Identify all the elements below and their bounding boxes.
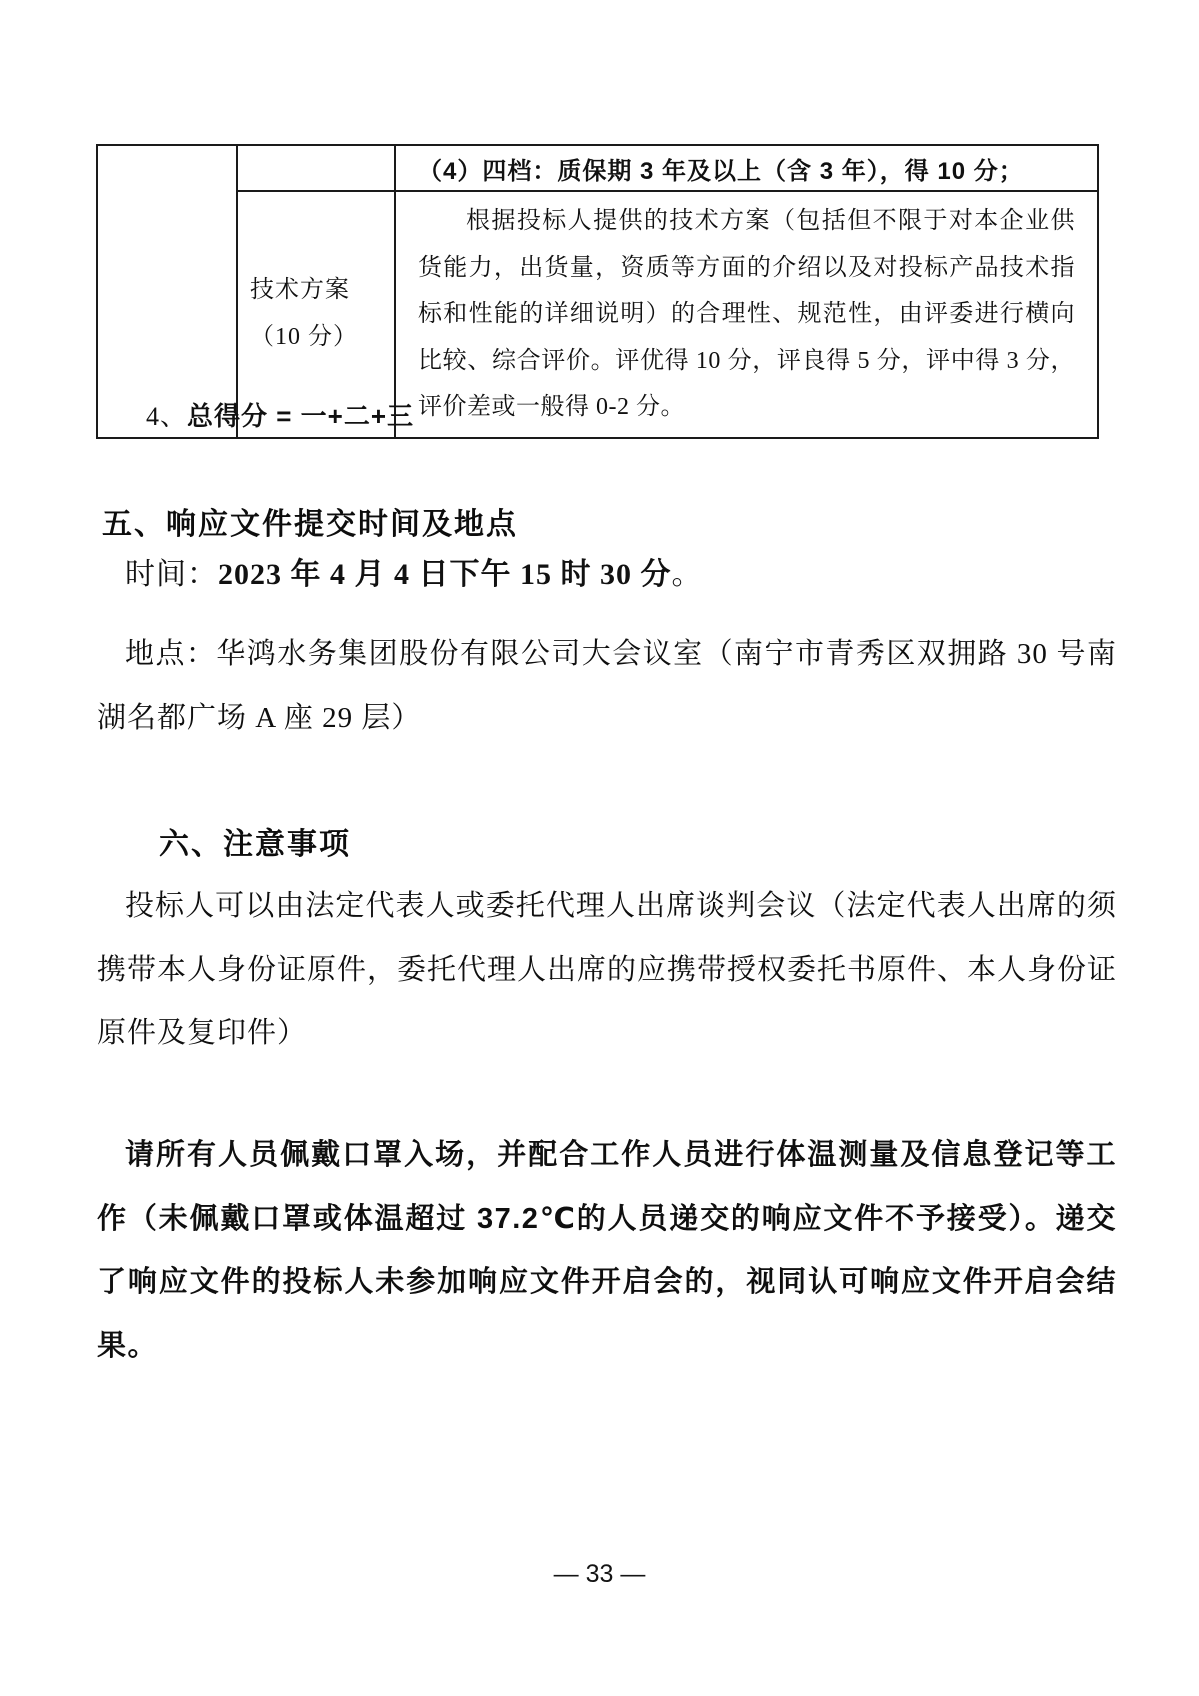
location-paragraph: 地点：华鸿水务集团股份有限公司大会议室（南宁市青秀区双拥路 30 号南湖名都广场… [97,623,1117,750]
page-number: — 33 — [0,1556,1199,1592]
time-label: 时间： [125,558,218,591]
time-period: 。 [672,558,703,591]
time-value: 2023 年 4 月 4 日下午 15 时 30 分 [218,558,672,591]
time-line: 时间：2023 年 4 月 4 日下午 15 时 30 分。 [125,555,703,595]
attendance-paragraph: 投标人可以由法定代表人或委托代理人出席谈判会议（法定代表人出席的须携带本人身份证… [97,875,1117,1066]
section-5-heading: 五、响应文件提交时间及地点 [102,503,518,547]
section-6-heading: 六、注意事项 [159,823,351,867]
document-page: （4）四档：质保期 3 年及以上（含 3 年），得 10 分； 技术方案（10 … [0,0,1199,1696]
tier4-criteria-cell: （4）四档：质保期 3 年及以上（含 3 年），得 10 分； [395,145,1098,191]
item-blank-cell [237,145,395,191]
total-score-formula: 总得分 = 一+二+三 [187,401,414,431]
tech-proposal-criteria-cell: 根据投标人提供的技术方案（包括但不限于对本企业供货能力，出货量，资质等方面的介绍… [395,191,1098,438]
table-row: （4）四档：质保期 3 年及以上（含 3 年），得 10 分； [97,145,1098,191]
total-score-prefix: 4、 [146,402,187,431]
mask-requirement-paragraph: 请所有人员佩戴口罩入场，并配合工作人员进行体温测量及信息登记等工作（未佩戴口罩或… [97,1124,1117,1378]
total-score-line: 4、总得分 = 一+二+三 [146,396,414,437]
evaluation-table: （4）四档：质保期 3 年及以上（含 3 年），得 10 分； 技术方案（10 … [96,144,1099,439]
merged-left-cell [97,145,237,438]
